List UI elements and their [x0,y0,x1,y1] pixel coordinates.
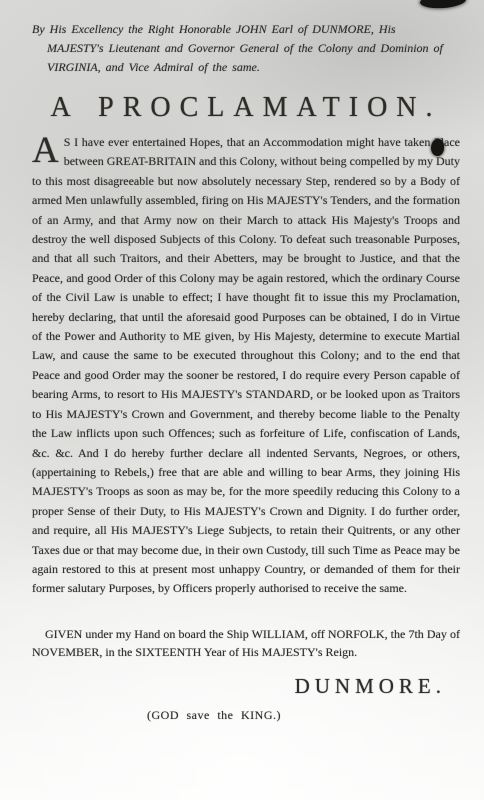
dateline: GIVEN under my Hand on board the Ship WI… [32,625,460,662]
body-text: S I have ever entertained Hopes, that an… [32,135,460,595]
document-header: By His Excellency the Right Honorable JO… [32,20,460,77]
proclamation-document: By His Excellency the Right Honorable JO… [0,0,484,800]
header-line-2: MAJESTY's Lieutenant and Governor Genera… [32,39,460,58]
motto: (GOD save the KING.) [0,708,428,723]
proclamation-title: A PROCLAMATION. [32,92,460,124]
header-line-3: VIRGINIA, and Vice Admiral of the same. [32,58,460,77]
ink-blot-mark [431,139,444,156]
signature: DUNMORE. [32,674,460,699]
header-line-1: By His Excellency the Right Honorable JO… [32,20,460,39]
scan-smudge-mark [420,0,467,10]
drop-cap-letter: A [32,133,64,166]
proclamation-body: AS I have ever entertained Hopes, that a… [32,133,460,599]
